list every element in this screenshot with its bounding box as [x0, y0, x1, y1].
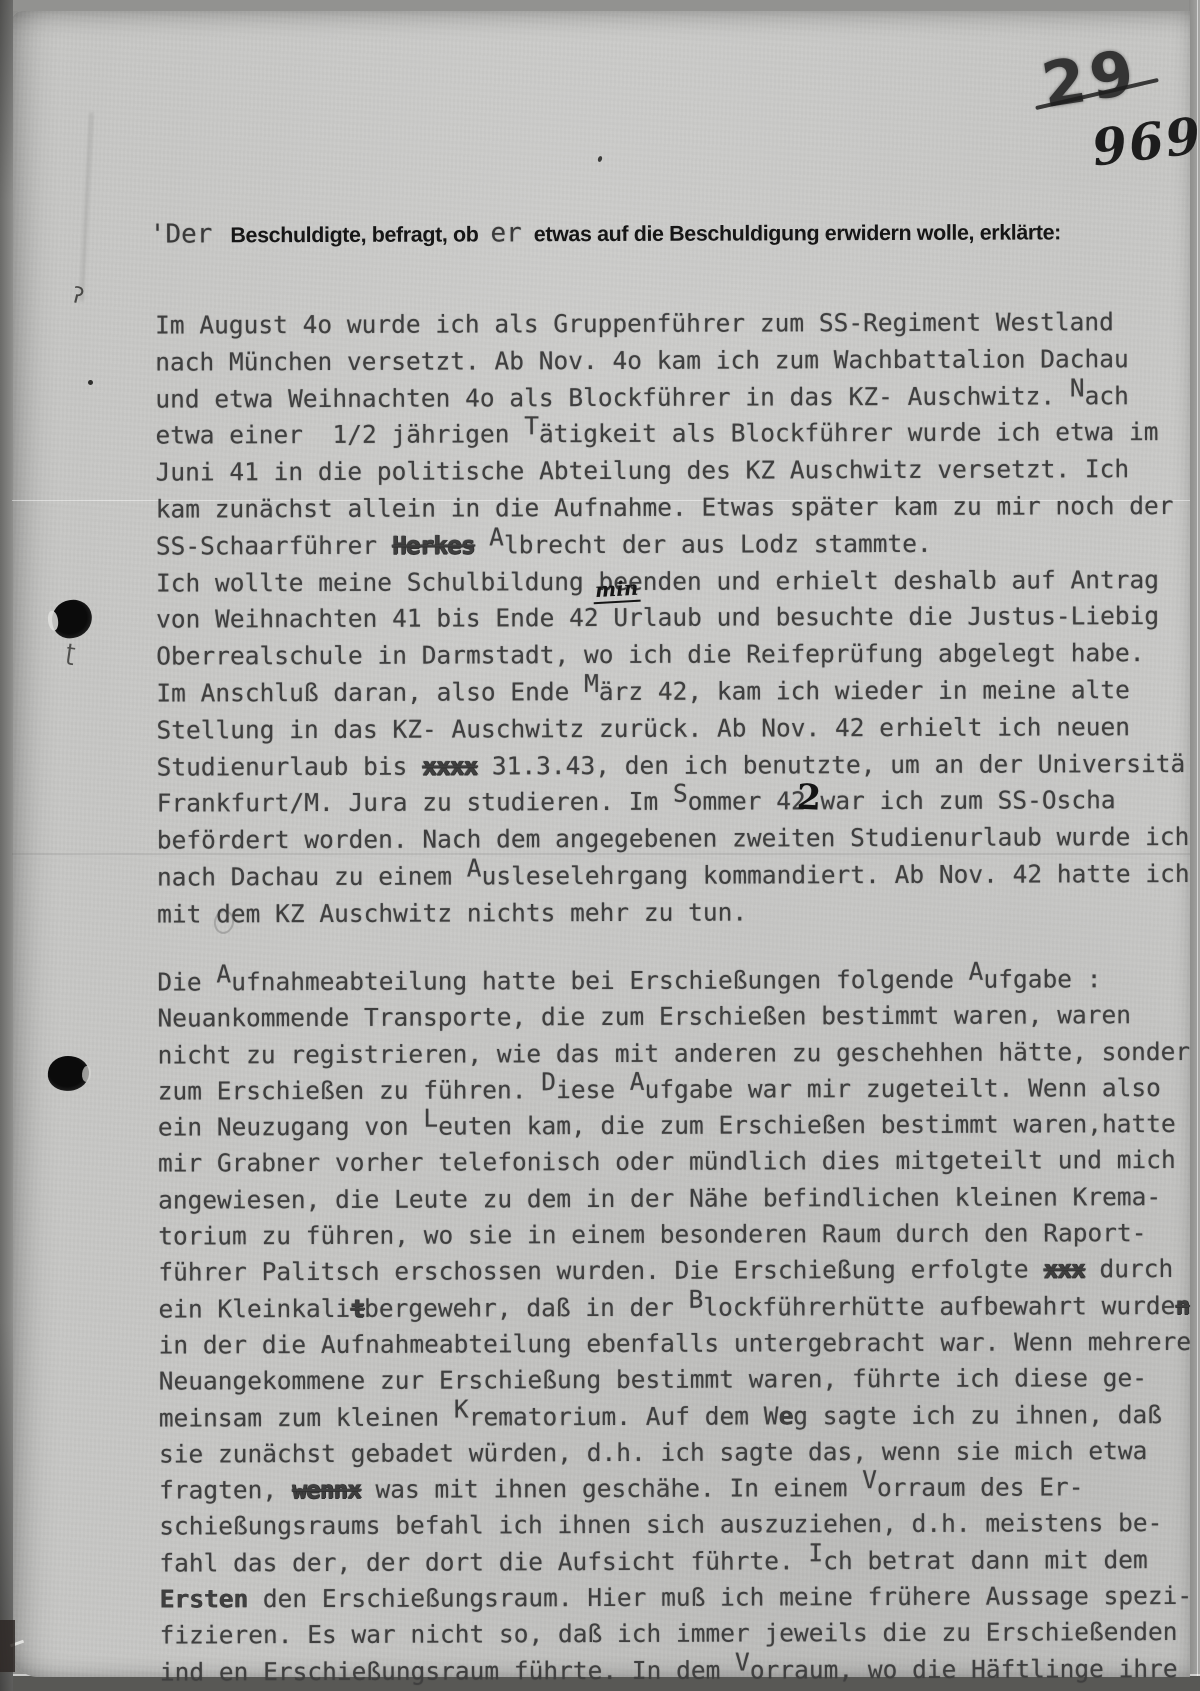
typewriter-line: fizieren. Es war nicht so, daß ich immer… — [160, 1614, 1200, 1654]
typewriter-line: Stellung in das KZ- Auschwitz zurück. Ab… — [156, 709, 1200, 749]
typewriter-line: führer Palitsch erschossen wurden. Die E… — [158, 1251, 1200, 1291]
raised-capital: A — [216, 959, 231, 988]
typewriter-line: fahl das der, der dort die Aufsicht führ… — [159, 1542, 1200, 1582]
raised-capital: A — [467, 853, 482, 882]
typewriter-line: zum Erschießen zu führen. Diese Aufgabe … — [158, 1070, 1200, 1110]
typewriter-line: mir Grabner vorher telefonisch oder münd… — [158, 1142, 1200, 1182]
typewriter-line: kam zunächst allein in die Aufnahme. Etw… — [156, 488, 1200, 528]
struck-overtype: Herkes — [392, 530, 475, 559]
header-handwritten-phrase-1: Beschuldigte, befragt, ob — [230, 222, 478, 247]
typewriter-line: in der die Aufnahmeabteilung ebenfalls u… — [159, 1324, 1200, 1364]
typewriter-line: SS-Schaarführer Herkes Albrecht der aus … — [156, 525, 1200, 565]
struck-overtype: xxxx — [422, 751, 477, 780]
typewriter-line: und etwa Weihnachten 4o als Blockführer … — [155, 377, 1200, 417]
typewriter-line: Frankfurt/M. Jura zu studieren. Im Somme… — [157, 782, 1200, 822]
raised-capital: S — [673, 779, 688, 808]
typewriter-line: Die Aufnahmeabteilung hatte bei Erschieß… — [157, 961, 1200, 1001]
typewriter-line: befördert worden. Nach dem angegebenen z… — [157, 819, 1200, 859]
raised-capital: I — [808, 1538, 823, 1567]
typewriter-line: Neuankommende Transporte, die zum Erschi… — [157, 997, 1200, 1037]
typewriter-line: Juni 41 in die politische Abteilung des … — [156, 451, 1200, 491]
typewriter-paragraph-2: Die Aufnahmeabteilung hatte bei Erschieß… — [157, 961, 1200, 1691]
raised-capital: N — [1070, 373, 1085, 402]
raised-capital: B — [688, 1284, 703, 1313]
typewriter-line: nicht zu registrieren, wie das mit ander… — [158, 1033, 1200, 1073]
typewriter-line: von Weihnachten 41 bis Ende 42 Urlaub un… — [156, 598, 1200, 638]
raised-capital: L — [423, 1104, 438, 1133]
typewriter-line: nach München versetzt. Ab Nov. 4o kam ic… — [155, 341, 1200, 381]
typewriter-line: Ersten den Erschießungsraum. Hier muß ic… — [159, 1578, 1200, 1618]
overtype: Ersten — [159, 1584, 248, 1613]
header-line: 'DerBeschuldigte, befragt, oberetwas auf… — [150, 216, 1061, 249]
header-typed-word: Der — [165, 219, 212, 249]
raised-capital: K — [454, 1394, 469, 1423]
typewriter-line: Ich wollte meine Schulbildung beenden un… — [156, 561, 1200, 601]
raised-capital: T — [524, 412, 539, 441]
typewriter-line: Oberrealschule in Darmstadt, wo ich die … — [156, 635, 1200, 675]
raised-capital: M — [584, 669, 599, 698]
typewriter-line: meinsam zum kleinen Krematorium. Auf dem… — [159, 1396, 1200, 1436]
struck-overtype: xxx — [1043, 1255, 1084, 1284]
scanned-document-page: ʔ ʈ 29 969 'DerBeschuldigte, befragt, ob… — [0, 0, 1200, 1691]
typewriter-line: ind en Erschießungsraum führte. In dem V… — [160, 1651, 1200, 1691]
handwritten-insertion: min — [592, 576, 641, 605]
typewriter-line: torium zu führen, wo sie in einem besond… — [158, 1215, 1200, 1255]
typewriter-line: nach Dachau zu einem Ausleselehrgang kom… — [157, 856, 1200, 896]
typewriter-line: angewiesen, die Leute zu dem in der Nähe… — [158, 1179, 1200, 1219]
overtype: e — [778, 1401, 793, 1430]
handwritten-digit-correction: 2 — [796, 777, 822, 819]
typewriter-line: schießungsraums befahl ich ihnen sich au… — [159, 1505, 1200, 1545]
header-lead-mark: ' — [150, 220, 166, 250]
struck-overtype: wennx — [292, 1475, 361, 1504]
header-typed-word-2: er — [490, 218, 521, 248]
typewriter-line: ein Neuzugang von Leuten kam, die zum Er… — [158, 1106, 1200, 1146]
typewriter-line: Neuangekommene zur Erschießung bestimmt … — [159, 1360, 1200, 1400]
raised-capital: D — [541, 1067, 556, 1096]
typewriter-line: fragten, wennx was mit ihnen geschähe. I… — [159, 1469, 1200, 1509]
raised-capital: V — [862, 1465, 877, 1494]
typewriter-line: sie zunächst gebadet würden, d.h. ich sa… — [159, 1433, 1200, 1473]
header-handwritten-phrase-2: etwas auf die Beschuldigung erwidern wol… — [534, 220, 1061, 246]
text-layer: 'DerBeschuldigte, befragt, oberetwas auf… — [0, 0, 1200, 1691]
raised-capital: A — [489, 522, 504, 551]
typewriter-line: mit dem KZ Auschwitz nichts mehr zu tun. — [157, 893, 1200, 933]
typewriter-line: Im August 4o wurde ich als Gruppenführer… — [155, 304, 1200, 344]
raised-capital: A — [630, 1067, 645, 1096]
struck-overtype: t — [350, 1294, 364, 1323]
typewriter-line: Im Anschluß daran, also Ende März 42, ka… — [156, 672, 1200, 712]
typewriter-line: ein Kleinkalitbergewehr, daß in der Bloc… — [158, 1288, 1200, 1328]
typewriter-paragraph-1: Im August 4o wurde ich als Gruppenführer… — [155, 304, 1200, 933]
raised-capital: A — [969, 957, 984, 986]
typewriter-line: etwa einer 1/2 jährigen Tätigkeit als Bl… — [155, 414, 1200, 454]
struck-overtype: n — [1175, 1291, 1189, 1320]
raised-capital: V — [735, 1647, 750, 1676]
